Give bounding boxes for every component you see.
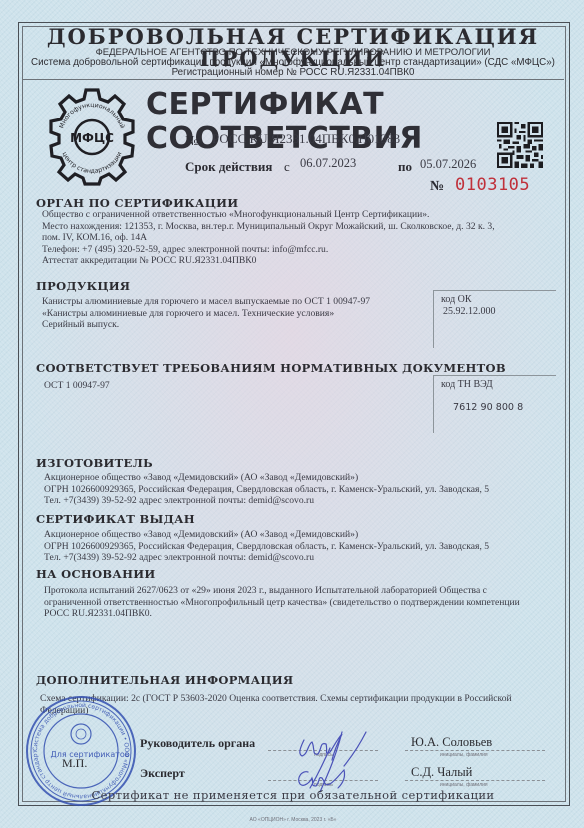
validity-label: Срок действия [185,159,272,175]
issued-to-line: Тел. +7(3439) 39-52-92 адрес электронной… [44,552,554,564]
header-registration: Регистрационный номер № РОСС RU.Я2331.04… [22,67,564,78]
additional-heading: ДОПОЛНИТЕЛЬНАЯ ИНФОРМАЦИЯ [36,674,293,687]
okpd-code-box: код ОК 25.92.12.000 [433,290,556,348]
cert-number: РОСС RU.Я2331.04ПВК0.Н01383 [212,131,400,147]
valid-to-date: 05.07.2026 [420,157,476,172]
head-of-body-label: Руководитель органа [140,736,255,751]
issued-to-line: ОГРН 1026600929365, Российская Федерация… [44,541,554,553]
okpd-code-value: 25.92.12.000 [443,306,556,317]
print-code: АО «ОПЦИОН» г. Москва, 2023 г. «Б» [22,817,564,823]
cert-body-line: Общество с ограниченной ответственностью… [42,209,542,221]
cert-body-line: Телефон: +7 (495) 320-52-59, адрес элект… [42,244,542,256]
conformity-standard: ОСТ 1 00947-97 [44,380,110,392]
cert-body-line: Аттестат аккредитации № РОСС RU.Я2331.04… [42,255,542,267]
conformity-heading: СООТВЕТСТВУЕТ ТРЕБОВАНИЯМ НОРМАТИВНЫХ ДО… [36,362,506,375]
manufacturer-line: ОГРН 1026600929365, Российская Федерация… [44,484,554,496]
svg-text:Многофункциональный: Многофункциональный [58,102,126,129]
mfcs-gear-logo-icon: МФЦС Многофункциональный центр стандарти… [42,87,142,187]
basis-line: РОСС RU.Я2331.04ПВК0. [44,608,559,620]
manufacturer-details: Акционерное общество «Завод «Демидовский… [44,472,554,507]
qr-code-icon [497,122,543,168]
product-line: «Канистры алюминиевые для горючего и мас… [42,308,427,320]
product-details: Канистры алюминиевые для горючего и масе… [42,296,427,331]
product-line: Канистры алюминиевые для горючего и масе… [42,296,427,308]
basis-details: Протокола испытаний 2627/0623 от «29» ию… [44,585,559,620]
tnved-code-value: 7612 90 800 8 [453,402,556,413]
blank-number: 0103105 [455,175,530,195]
cert-number-sign: № [185,134,198,150]
product-line: Серийный выпуск. [42,319,427,331]
basis-heading: НА ОСНОВАНИИ [36,568,156,581]
validity-to-label: по [398,159,412,175]
expert-label: Эксперт [140,766,185,781]
valid-from-date: 06.07.2023 [300,156,356,171]
blank-number-sign: № [430,179,444,195]
issued-to-line: Акционерное общество «Завод «Демидовский… [44,529,554,541]
head-name-caption: инициалы, фамилия [440,752,488,758]
expert-name-line [405,780,545,781]
validity-from-label: с [284,159,290,175]
head-name-line [405,750,545,751]
svg-text:МФЦС: МФЦС [70,131,114,145]
manufacturer-heading: ИЗГОТОВИТЕЛЬ [36,457,153,470]
tnved-code-label: код ТН ВЭД [441,379,556,390]
issued-to-details: Акционерное общество «Завод «Демидовский… [44,529,554,564]
manufacturer-line: Тел. +7(3439) 39-52-92 адрес электронной… [44,495,554,507]
okpd-code-label: код ОК [441,294,556,305]
stamp-place-label: М.П. [62,756,87,771]
header-divider [22,79,564,80]
product-heading: ПРОДУКЦИЯ [36,280,130,293]
footer-notice: Сертификат не применяется при обязательн… [22,788,564,802]
cert-body-details: Общество с ограниченной ответственностью… [42,209,542,267]
svg-text:Система добровольной сертифика: Система добровольной сертификации • ООО … [24,694,130,800]
issued-to-heading: СЕРТИФИКАТ ВЫДАН [36,513,195,526]
expert-name: С.Д. Чалый [411,765,472,780]
cert-body-line: пом. IV, КОМ.16, оф. 14А [42,232,542,244]
tnved-code-box: код ТН ВЭД 7612 90 800 8 [433,375,556,433]
basis-line: Протокола испытаний 2627/0623 от «29» ию… [44,585,559,597]
cert-body-line: Место нахождения: 121353, г. Москва, вн.… [42,221,542,233]
basis-line: ограниченной ответственностью «Многопроф… [44,597,559,609]
head-name: Ю.А. Соловьев [411,735,492,750]
manufacturer-line: Акционерное общество «Завод «Демидовский… [44,472,554,484]
